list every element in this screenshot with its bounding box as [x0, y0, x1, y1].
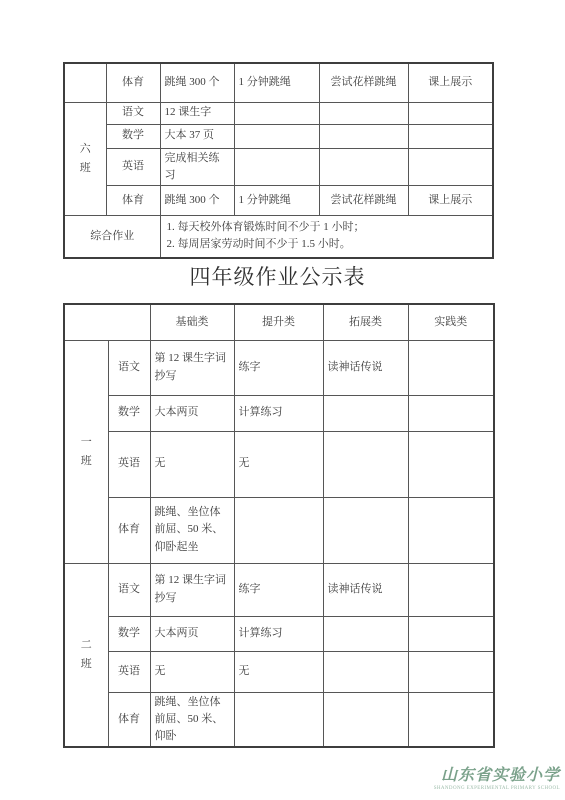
table-cell: 1 分钟跳绳 — [234, 185, 319, 215]
class-cell-two: 二班 — [64, 563, 108, 747]
table-cell — [234, 124, 319, 148]
table-cell — [234, 102, 319, 124]
table-cell: 课上展示 — [408, 63, 493, 102]
table-cell — [323, 431, 408, 497]
subject-cell: 体育 — [106, 63, 160, 102]
table-row: 英语 完成相关练习 — [64, 148, 493, 185]
summary-line: 2. 每周居家劳动时间不少于 1.5 小时。 — [167, 236, 487, 254]
table-cell: 计算练习 — [234, 395, 323, 431]
subject-cell: 体育 — [108, 497, 150, 563]
subject-cell: 数学 — [108, 395, 150, 431]
subject-cell: 数学 — [106, 124, 160, 148]
table-cell: 1 分钟跳绳 — [234, 63, 319, 102]
subject-cell: 英语 — [108, 651, 150, 692]
table-cell: 大本两页 — [150, 395, 234, 431]
table-row: 数学 大本两页 计算练习 — [64, 395, 494, 431]
homework-table-main: 基础类 提升类 拓展类 实践类 一班 语文 第 12 课生字词抄写 练字 读神话… — [63, 303, 495, 748]
subject-cell: 语文 — [106, 102, 160, 124]
table-row: 体育 跳绳、坐位体前屈、50 米、仰卧 — [64, 692, 494, 747]
table-cell: 读神话传说 — [323, 563, 408, 616]
table-cell: 练字 — [234, 340, 323, 395]
table-cell — [319, 124, 408, 148]
table-cell — [323, 497, 408, 563]
table-cell: 第 12 课生字词抄写 — [150, 563, 234, 616]
school-logo-english: SHANDONG EXPERIMENTAL PRIMARY SCHOOL — [410, 786, 560, 792]
table-cell: 第 12 课生字词抄写 — [150, 340, 234, 395]
table-cell: 无 — [150, 651, 234, 692]
header-empty-cell — [64, 304, 150, 340]
table-cell — [234, 148, 319, 185]
subject-cell: 语文 — [108, 340, 150, 395]
class-cell-empty — [64, 63, 106, 102]
header-expand: 拓展类 — [323, 304, 408, 340]
subject-cell: 语文 — [108, 563, 150, 616]
subject-cell: 体育 — [108, 692, 150, 747]
table-cell: 课上展示 — [408, 185, 493, 215]
summary-row: 综合作业 1. 每天校外体育锻炼时间不少于 1 小时； 2. 每周居家劳动时间不… — [64, 215, 493, 258]
subject-cell: 英语 — [106, 148, 160, 185]
school-logo-chinese: 山东省实验小学 — [410, 766, 560, 785]
summary-label-cell: 综合作业 — [64, 215, 160, 258]
table-cell: 跳绳、坐位体前屈、50 米、仰卧 — [150, 692, 234, 747]
table-row: 体育 跳绳、坐位体前屈、50 米、仰卧起坐 — [64, 497, 494, 563]
table-cell: 尝试花样跳绳 — [319, 63, 408, 102]
table-cell — [323, 651, 408, 692]
table-cell: 练字 — [234, 563, 323, 616]
table-cell — [408, 616, 494, 651]
table-cell — [234, 692, 323, 747]
subject-cell: 体育 — [106, 185, 160, 215]
table-cell — [408, 651, 494, 692]
subject-cell: 英语 — [108, 431, 150, 497]
summary-line: 1. 每天校外体育锻炼时间不少于 1 小时； — [167, 219, 487, 237]
header-practice: 实践类 — [408, 304, 494, 340]
class-label: 一班 — [80, 433, 92, 470]
header-row: 基础类 提升类 拓展类 实践类 — [64, 304, 494, 340]
table-cell: 12 课生字 — [160, 102, 234, 124]
class-cell-six: 六班 — [64, 102, 106, 215]
homework-table-top: 体育 跳绳 300 个 1 分钟跳绳 尝试花样跳绳 课上展示 六班 语文 12 … — [63, 62, 494, 259]
table-cell: 跳绳、坐位体前屈、50 米、仰卧起坐 — [150, 497, 234, 563]
table-cell — [323, 395, 408, 431]
table-cell: 无 — [234, 651, 323, 692]
table-cell — [408, 124, 493, 148]
table-row: 英语 无 无 — [64, 651, 494, 692]
table-cell — [408, 431, 494, 497]
table-row: 六班 语文 12 课生字 — [64, 102, 493, 124]
table-cell: 跳绳 300 个 — [160, 63, 234, 102]
table-cell — [408, 692, 494, 747]
table-cell: 读神话传说 — [323, 340, 408, 395]
school-logo: 山东省实验小学 SHANDONG EXPERIMENTAL PRIMARY SC… — [410, 766, 560, 792]
table-row: 体育 跳绳 300 个 1 分钟跳绳 尝试花样跳绳 课上展示 — [64, 63, 493, 102]
table-cell — [408, 563, 494, 616]
table-cell — [408, 148, 493, 185]
table-cell — [408, 102, 493, 124]
table-row: 一班 语文 第 12 课生字词抄写 练字 读神话传说 — [64, 340, 494, 395]
table-row: 数学 大本 37 页 — [64, 124, 493, 148]
table-cell: 计算练习 — [234, 616, 323, 651]
table-cell — [319, 102, 408, 124]
class-cell-one: 一班 — [64, 340, 108, 563]
table-cell: 无 — [150, 431, 234, 497]
table-cell — [323, 616, 408, 651]
header-basic: 基础类 — [150, 304, 234, 340]
subject-cell: 数学 — [108, 616, 150, 651]
table-cell — [408, 395, 494, 431]
table-row: 体育 跳绳 300 个 1 分钟跳绳 尝试花样跳绳 课上展示 — [64, 185, 493, 215]
summary-content-cell: 1. 每天校外体育锻炼时间不少于 1 小时； 2. 每周居家劳动时间不少于 1.… — [160, 215, 493, 258]
table-cell — [234, 497, 323, 563]
document-page: 体育 跳绳 300 个 1 分钟跳绳 尝试花样跳绳 课上展示 六班 语文 12 … — [0, 0, 565, 800]
table-cell: 跳绳 300 个 — [160, 185, 234, 215]
table-row: 数学 大本两页 计算练习 — [64, 616, 494, 651]
table-cell — [323, 692, 408, 747]
class-label: 二班 — [80, 636, 92, 673]
table-cell: 完成相关练习 — [160, 148, 234, 185]
table-cell: 大本 37 页 — [160, 124, 234, 148]
table-cell: 无 — [234, 431, 323, 497]
class-label: 六班 — [79, 140, 91, 177]
table-cell — [319, 148, 408, 185]
table-cell: 大本两页 — [150, 616, 234, 651]
table-cell: 尝试花样跳绳 — [319, 185, 408, 215]
table-row: 二班 语文 第 12 课生字词抄写 练字 读神话传说 — [64, 563, 494, 616]
table-cell — [408, 497, 494, 563]
table-cell — [408, 340, 494, 395]
table-row: 英语 无 无 — [64, 431, 494, 497]
header-improve: 提升类 — [234, 304, 323, 340]
page-title: 四年级作业公示表 — [63, 261, 492, 291]
